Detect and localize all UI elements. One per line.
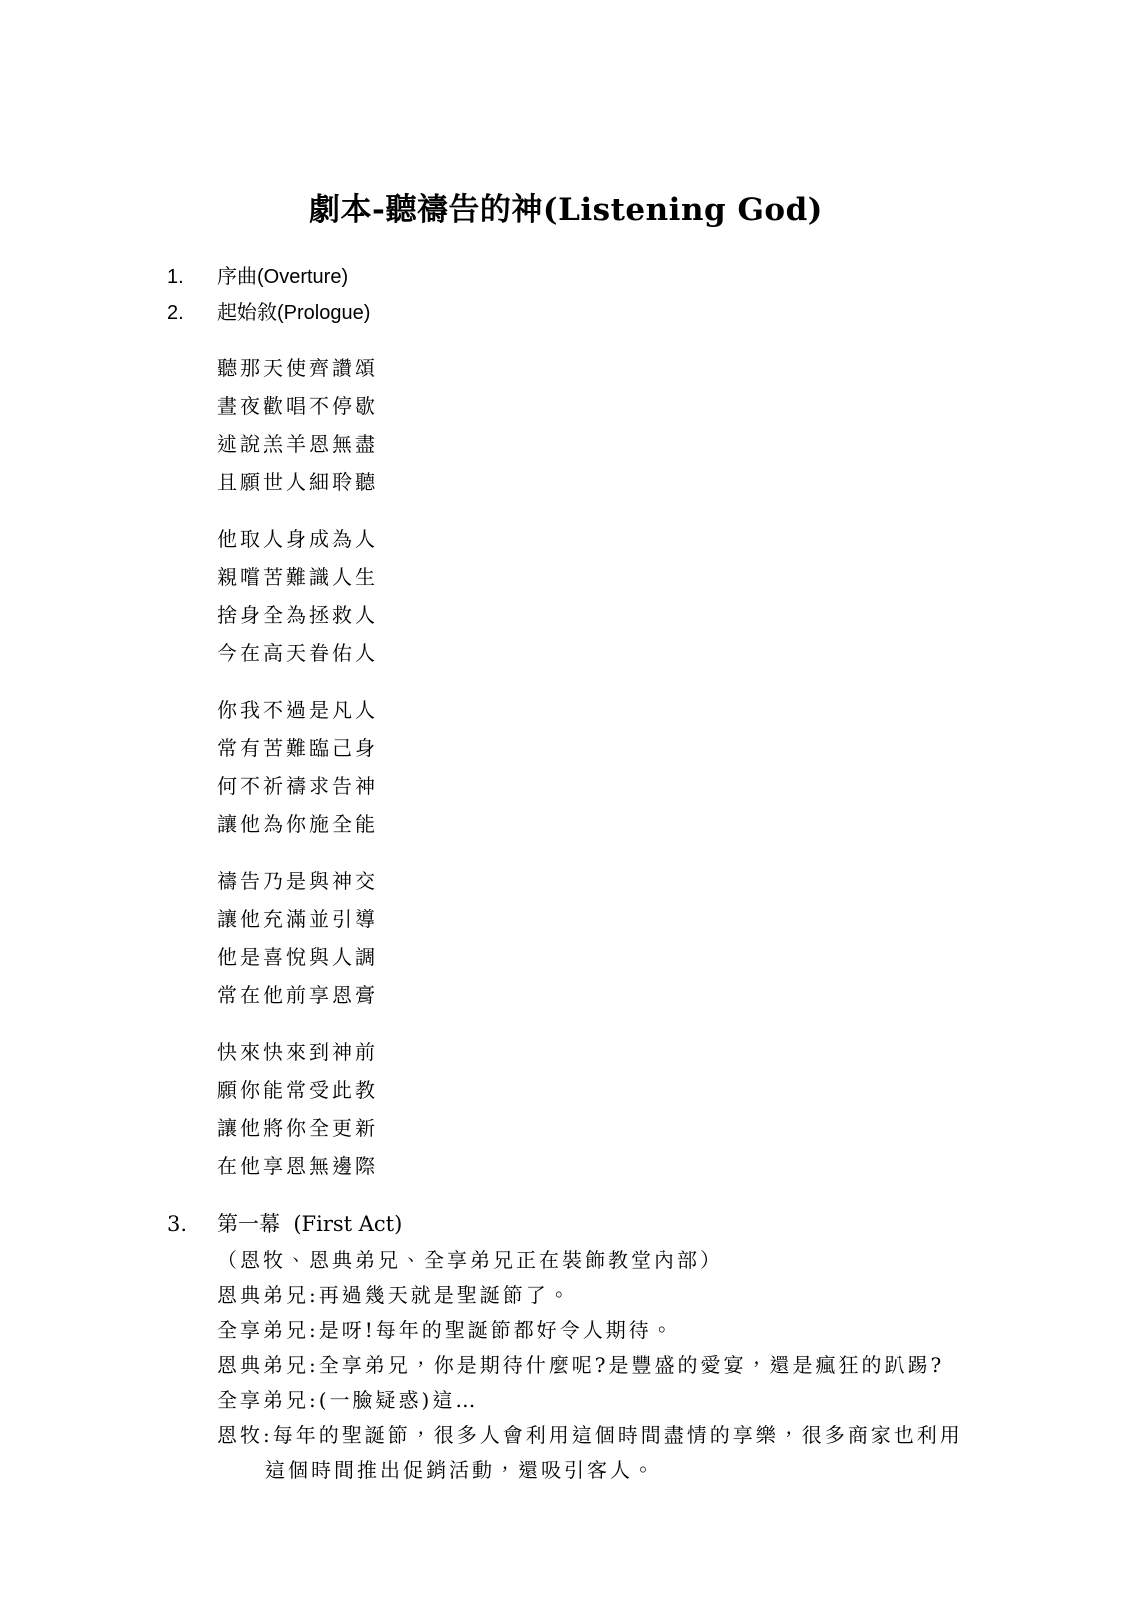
outline-item-label: 起始敘(Prologue) [217, 295, 370, 331]
poem-line: 常有苦難臨己身 [217, 729, 1132, 767]
poem-line: 他是喜悅與人調 [217, 938, 1132, 976]
outline-item-label: 序曲(Overture) [217, 259, 348, 295]
document-title: 劇本-聽禱告的神(Listening God) [0, 21, 1132, 233]
poem-line: 他取人身成為人 [217, 520, 1132, 558]
poem-line: 何不祈禱求告神 [217, 767, 1132, 805]
dialogue-line: 全享弟兄:是呀!每年的聖誕節都好令人期待。 [217, 1313, 1132, 1348]
outline-item-number: 3. [167, 1205, 217, 1243]
outline-item-overture: 1. 序曲(Overture) [167, 259, 1132, 295]
poem-line: 讓他充滿並引導 [217, 900, 1132, 938]
poem-stanza-2: 他取人身成為人 親嚐苦難識人生 捨身全為拯救人 今在高天眷佑人 [217, 520, 1132, 672]
poem-line: 且願世人細聆聽 [217, 463, 1132, 501]
poem-line: 常在他前享恩膏 [217, 976, 1132, 1014]
poem-stanza-5: 快來快來到神前 願你能常受此教 讓他將你全更新 在他享恩無邊際 [217, 1033, 1132, 1185]
poem-line: 在他享恩無邊際 [217, 1147, 1132, 1185]
poem-stanza-3: 你我不過是凡人 常有苦難臨己身 何不祈禱求告神 讓他為你施全能 [217, 691, 1132, 843]
poem-line: 你我不過是凡人 [217, 691, 1132, 729]
poem-line: 讓他將你全更新 [217, 1109, 1132, 1147]
poem-line: 快來快來到神前 [217, 1033, 1132, 1071]
stage-direction: （恩牧、恩典弟兄、全享弟兄正在裝飾教堂內部） [217, 1243, 1132, 1278]
poem-line: 述說羔羊恩無盡 [217, 425, 1132, 463]
outline-item-label: 第一幕 (First Act) [217, 1205, 402, 1243]
document-page: 劇本-聽禱告的神(Listening God) 1. 序曲(Overture) … [0, 0, 1132, 1600]
poem-stanza-4: 禱告乃是與神交 讓他充滿並引導 他是喜悅與人調 常在他前享恩膏 [217, 862, 1132, 1014]
dialogue-line-continuation: 這個時間推出促銷活動，還吸引客人。 [265, 1453, 1132, 1488]
outline-item-first-act: 3. 第一幕 (First Act) [167, 1205, 1132, 1243]
prologue-song: 聽那天使齊讚頌 晝夜歡唱不停歇 述說羔羊恩無盡 且願世人細聆聽 他取人身成為人 … [217, 349, 1132, 1185]
outline-item-number: 1. [167, 259, 217, 295]
poem-line: 晝夜歡唱不停歇 [217, 387, 1132, 425]
poem-line: 願你能常受此教 [217, 1071, 1132, 1109]
outline-list: 1. 序曲(Overture) 2. 起始敘(Prologue) [167, 259, 1132, 331]
poem-line: 今在高天眷佑人 [217, 634, 1132, 672]
first-act-section: 3. 第一幕 (First Act) （恩牧、恩典弟兄、全享弟兄正在裝飾教堂內部… [167, 1205, 1132, 1488]
dialogue-line: 恩牧:每年的聖誕節，很多人會利用這個時間盡情的享樂，很多商家也利用 [217, 1418, 1132, 1453]
poem-line: 聽那天使齊讚頌 [217, 349, 1132, 387]
outline-item-prologue: 2. 起始敘(Prologue) [167, 295, 1132, 331]
poem-line: 親嚐苦難識人生 [217, 558, 1132, 596]
poem-line: 捨身全為拯救人 [217, 596, 1132, 634]
poem-line: 讓他為你施全能 [217, 805, 1132, 843]
poem-line: 禱告乃是與神交 [217, 862, 1132, 900]
dialogue-line: 全享弟兄:(一臉疑惑)這… [217, 1383, 1132, 1418]
poem-stanza-1: 聽那天使齊讚頌 晝夜歡唱不停歇 述說羔羊恩無盡 且願世人細聆聽 [217, 349, 1132, 501]
outline-item-number: 2. [167, 295, 217, 331]
dialogue-line: 恩典弟兄:再過幾天就是聖誕節了。 [217, 1278, 1132, 1313]
first-act-body: （恩牧、恩典弟兄、全享弟兄正在裝飾教堂內部） 恩典弟兄:再過幾天就是聖誕節了。 … [217, 1243, 1132, 1488]
dialogue-line: 恩典弟兄:全享弟兄，你是期待什麼呢?是豐盛的愛宴，還是瘋狂的趴踢? [217, 1348, 1132, 1383]
